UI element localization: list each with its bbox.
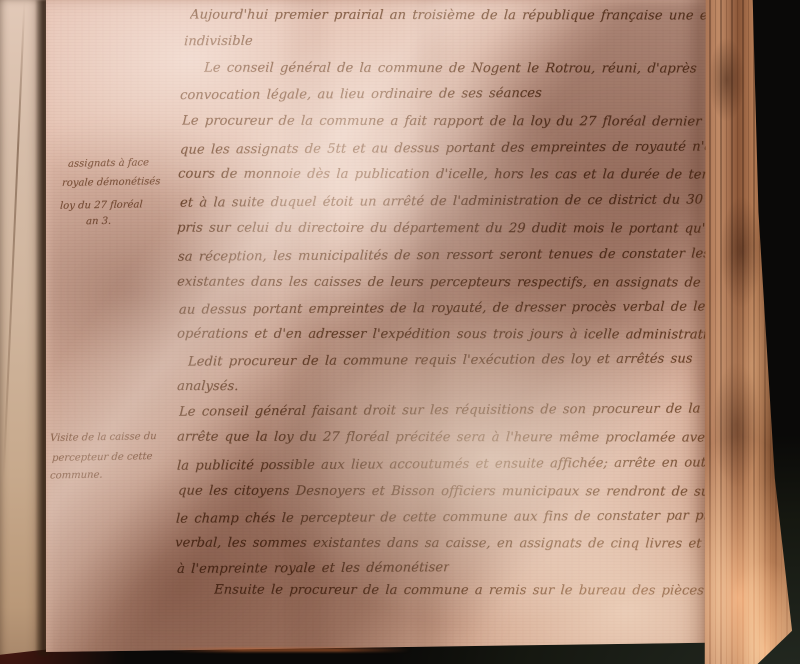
manuscript-line: existantes dans les caisses de leurs per… (177, 275, 708, 293)
margin-note-line: loy du 27 floréal (60, 199, 143, 212)
manuscript-line: pris sur celui du directoire du départem… (177, 221, 708, 239)
manuscript-line: sa réception, les municipalités de son r… (178, 246, 709, 266)
manuscript-line: arrête que la loy du 27 floréal précitée… (177, 430, 708, 448)
handwriting-layer: Aujourd'hui premier prairial an troisièm… (0, 0, 800, 664)
manuscript-line: à l'empreinte royale et les démonétiser (177, 560, 450, 579)
manuscript-line: et à la suite duquel étoit un arrêté de … (180, 192, 711, 212)
manuscript-line: que les citoyens Desnoyers et Bisson off… (178, 484, 709, 502)
manuscript-line: Le procureur de la commune a fait rappor… (182, 114, 713, 132)
margin-note-line: assignats à face (68, 157, 150, 170)
manuscript-line: au dessus portant empreintes de la royau… (179, 299, 710, 319)
manuscript-photo: Aujourd'hui premier prairial an troisièm… (0, 0, 800, 664)
manuscript-line: indivisible (184, 34, 253, 51)
manuscript-line: la publicité possible aux lieux accoutum… (177, 455, 708, 475)
manuscript-line: verbal, les sommes existantes dans sa ca… (175, 536, 706, 554)
manuscript-line: Ensuite le procureur de la commune a rem… (214, 583, 724, 601)
margin-note-line: royale démonétisés (62, 176, 161, 190)
manuscript-line: convocation légale, au lieu ordinaire de… (180, 86, 543, 105)
manuscript-line: Le conseil général de la commune de Noge… (204, 61, 697, 79)
manuscript-line: que les assignats de 5tt et au dessus po… (180, 139, 711, 159)
manuscript-line: opérations et d'en adresser l'expédition… (177, 327, 708, 345)
margin-note-line: commune. (50, 470, 103, 483)
manuscript-line: le champ chés le percepteur de cette com… (176, 508, 707, 528)
margin-note-line: an 3. (86, 216, 112, 228)
manuscript-line: Aujourd'hui premier prairial an troisièm… (190, 8, 714, 26)
manuscript-line: cours de monnoie dès la publication d'ic… (178, 167, 709, 185)
manuscript-line: Ledit procureur de la commune requis l'e… (188, 351, 693, 371)
manuscript-line: Le conseil général faisant droit sur les… (179, 401, 710, 421)
margin-note-line: percepteur de cette (52, 451, 153, 465)
margin-note-line: Visite de la caisse du (50, 431, 157, 445)
page-bottom-edge-glow (170, 648, 410, 652)
manuscript-line: analysés. (177, 379, 239, 396)
